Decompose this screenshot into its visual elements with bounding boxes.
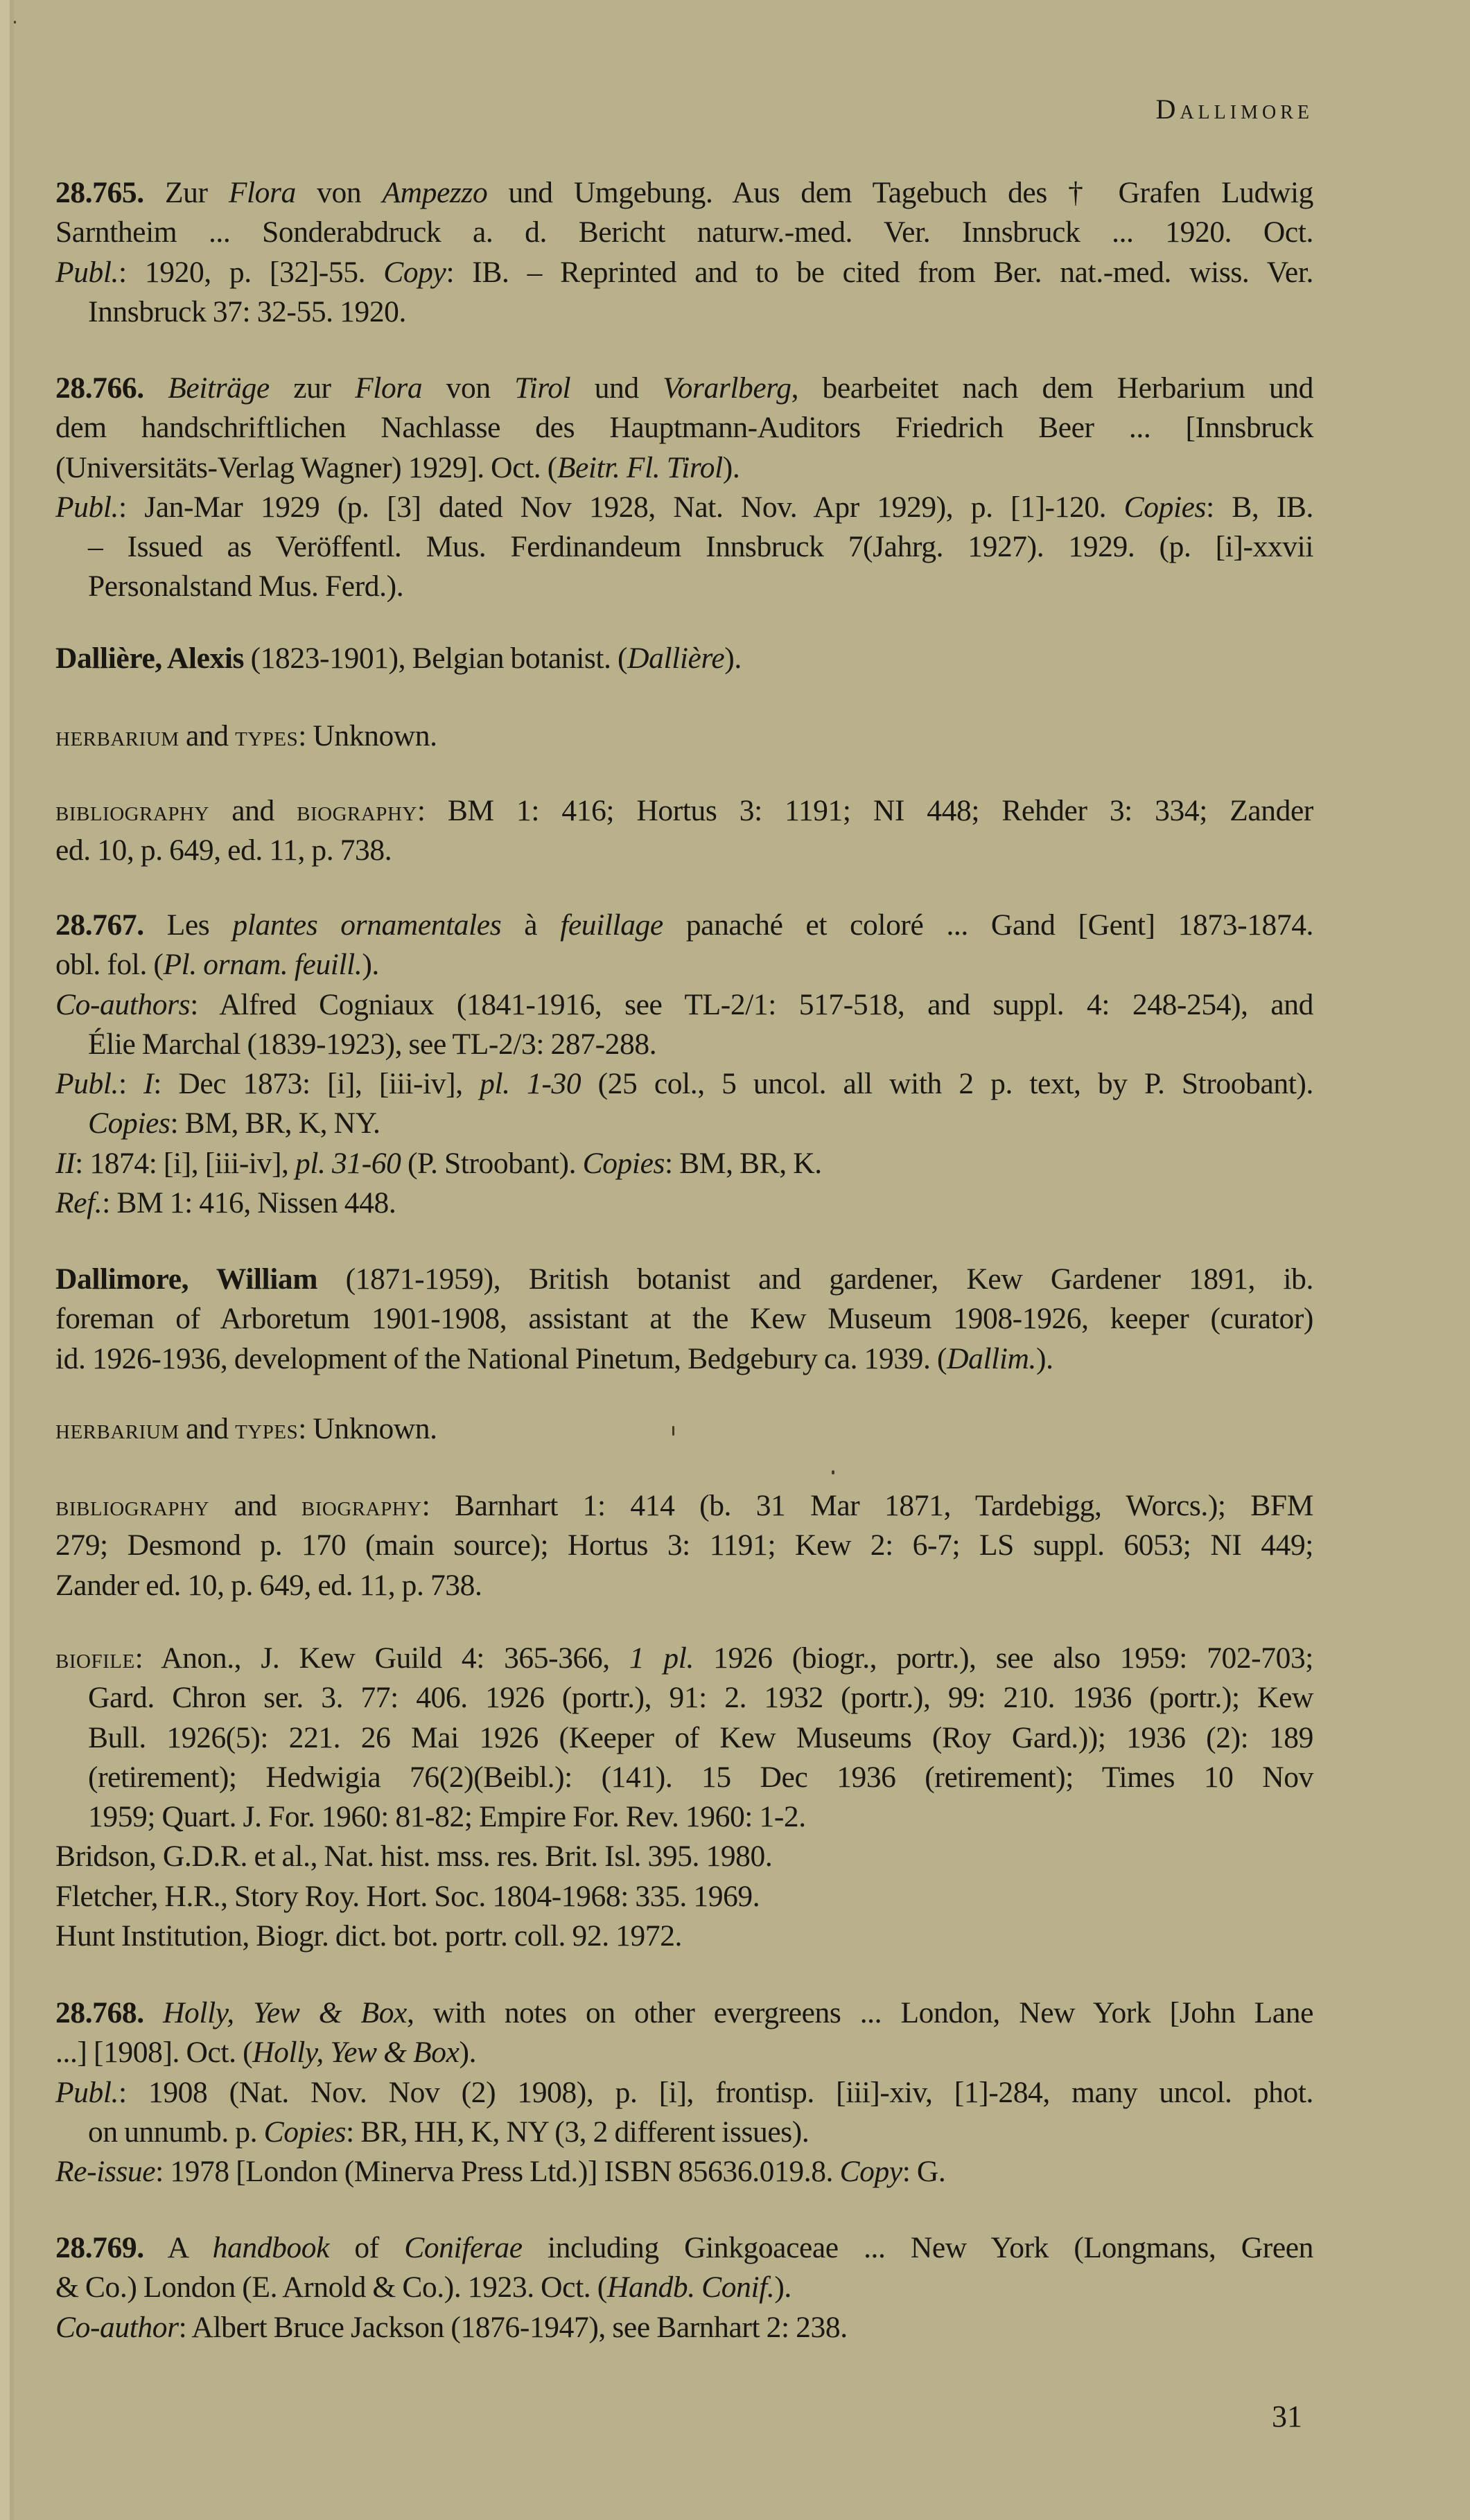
paper-speck (832, 1470, 834, 1474)
dallimore-biofile: biofile: Anon., J. Kew Guild 4: 365-366,… (55, 1639, 1313, 1956)
document-page: Dallimore 28.765. Zur Flora von Ampezzo … (0, 0, 1470, 2520)
dallimore-herbarium: herbarium and types: Unknown. (55, 1409, 1313, 1449)
paper-speck (14, 21, 16, 24)
entry-number: 28.767. (55, 908, 144, 942)
entry-number: 28.768. (55, 1996, 144, 2029)
dallimore-bibliography: bibliography and biography: Barnhart 1: … (55, 1486, 1313, 1605)
entry-28-765: 28.765. Zur Flora von Ampezzo und Umgebu… (55, 173, 1313, 332)
entry-28-766: 28.766. Beiträge zur Flora von Tirol und… (55, 369, 1313, 607)
page-number: 31 (1272, 2397, 1302, 2436)
entry-28-769: 28.769. A handbook of Coniferae includin… (55, 2228, 1313, 2347)
entry-number: 28.766. (55, 371, 144, 405)
author-name: Dallière, Alexis (55, 642, 244, 675)
entry-number: 28.765. (55, 176, 144, 209)
entry-28-767: 28.767. Les plantes ornamentales à feuil… (55, 906, 1313, 1223)
dalliere-herbarium: herbarium and types: Unknown. (55, 716, 1313, 756)
entry-number: 28.769. (55, 2231, 144, 2264)
author-dallimore-heading: Dallimore, William (1871-1959), British … (55, 1260, 1313, 1379)
entry-28-768: 28.768. Holly, Yew & Box, with notes on … (55, 1993, 1313, 2192)
paper-speck (672, 1426, 674, 1436)
dalliere-bibliography: bibliography and biography: BM 1: 416; H… (55, 791, 1313, 871)
running-head: Dallimore (1095, 89, 1313, 130)
author-dalliere-heading: Dallière, Alexis (1823-1901), Belgian bo… (55, 639, 1313, 678)
author-name: Dallimore, William (55, 1262, 317, 1296)
